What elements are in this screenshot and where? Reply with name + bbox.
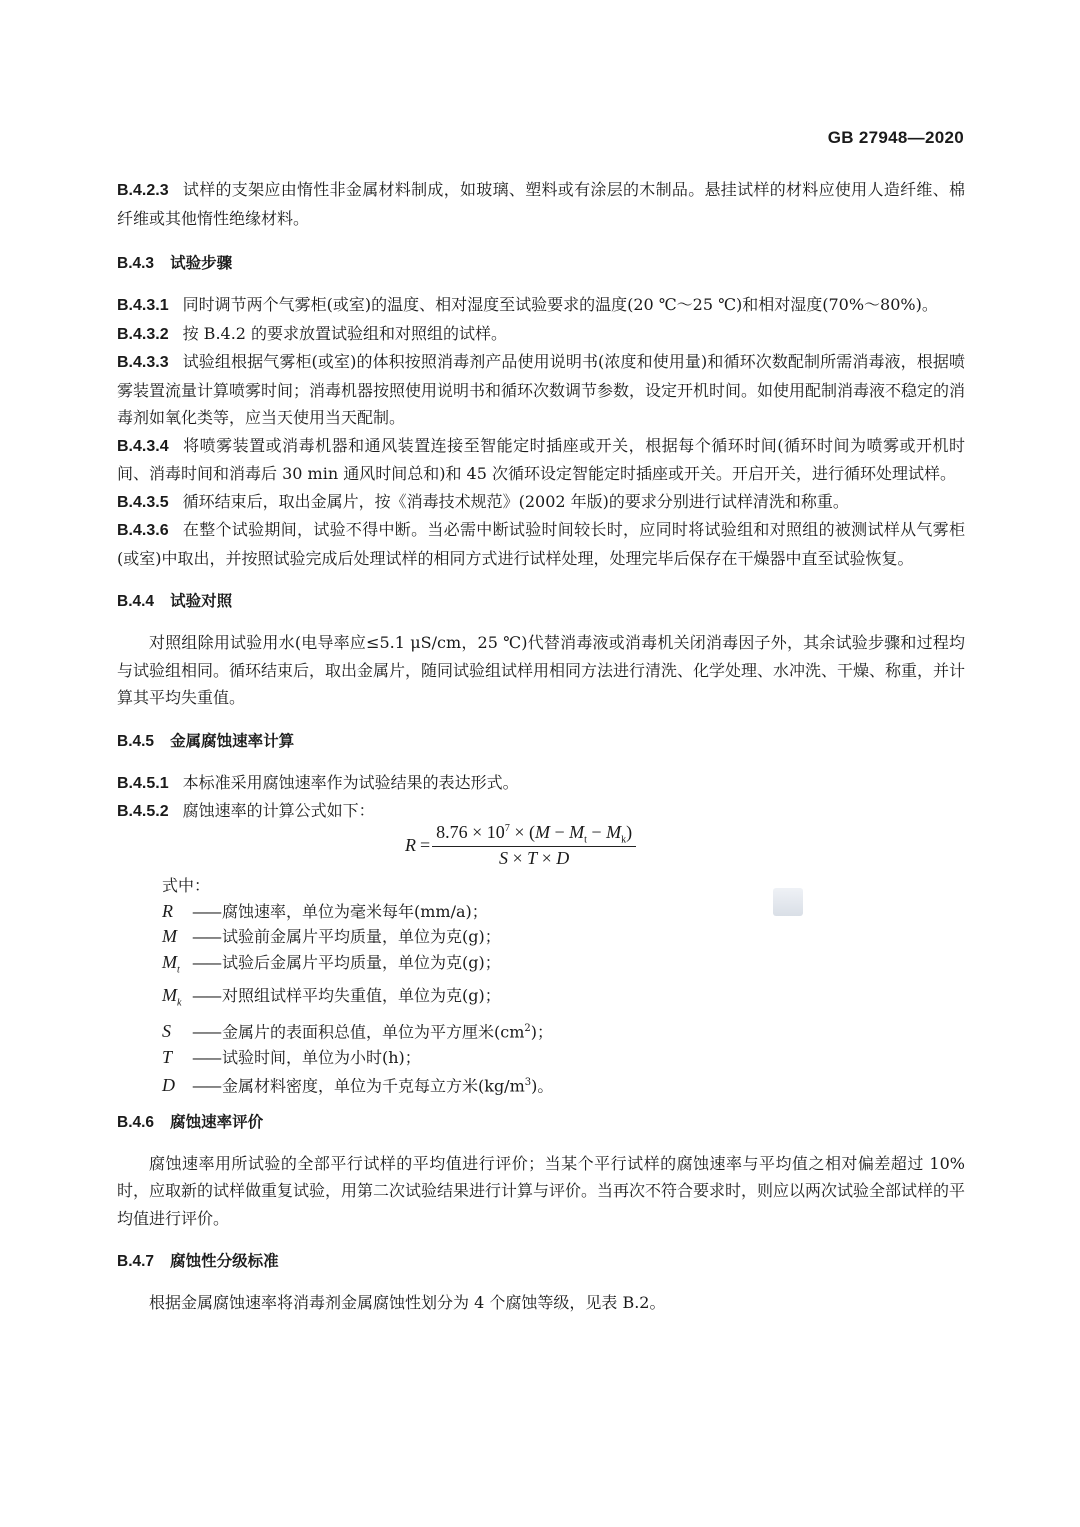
corrosion-rate-formula: R = 8.76 × 107 × (M − Mt − Mk) S × T × D [405, 822, 965, 870]
clause-b435: B.4.3.5循环结束后，取出金属片，按《消毒技术规范》(2002 年版)的要求… [117, 488, 965, 517]
clause-b47-body: 根据金属腐蚀速率将消毒剂金属腐蚀性划分为 4 个腐蚀等级，见表 B.2。 [117, 1289, 965, 1317]
heading-b44: B.4.4试验对照 [117, 588, 965, 615]
formula-denominator: S × T × D [499, 847, 569, 869]
document-page: GB 27948—2020 B.4.2.3试样的支架应由惰性非金属材料制成，如玻… [0, 0, 1080, 1527]
clause-b44-body: 对照组除用试验用水(电导率应≤5.1 μS/cm，25 ℃)代替消毒液或消毒机关… [117, 629, 965, 712]
clause-b46-body: 腐蚀速率用所试验的全部平行试样的平均值进行评价；当某个平行试样的腐蚀速率与平均值… [117, 1150, 965, 1233]
heading-b43: B.4.3试验步骤 [117, 250, 965, 277]
clause-b423: B.4.2.3试样的支架应由惰性非金属材料制成，如玻璃、塑料或有涂层的木制品。悬… [117, 176, 965, 232]
legend-item-R: R——腐蚀速率，单位为毫米每年(mm/a)； [162, 899, 965, 925]
clause-b434: B.4.3.4将喷雾装置或消毒机器和通风装置连接至智能定时插座或开关，根据每个循… [117, 432, 965, 488]
legend-item-T: T——试验时间，单位为小时(h)； [162, 1045, 965, 1071]
formula-fraction: 8.76 × 107 × (M − Mt − Mk) S × T × D [432, 822, 636, 870]
legend-label: 式中： [162, 873, 965, 899]
legend-item-Mk: Mk——对照组试样平均失重值，单位为克(g)； [162, 983, 965, 1016]
formula-legend: 式中： R——腐蚀速率，单位为毫米每年(mm/a)； M——试验前金属片平均质量… [162, 873, 965, 1099]
legend-item-Mt: Mt——试验后金属片平均质量，单位为克(g)； [162, 950, 965, 983]
clause-b436: B.4.3.6在整个试验期间，试验不得中断。当必需中断试验时间较长时，应同时将试… [117, 516, 965, 572]
legend-item-M: M——试验前金属片平均质量，单位为克(g)； [162, 924, 965, 950]
clause-b433: B.4.3.3试验组根据气雾柜(或室)的体积按照消毒剂产品使用说明书(浓度和使用… [117, 348, 965, 432]
legend-item-S: S——金属片的表面积总值，单位为平方厘米(cm2)； [162, 1016, 965, 1045]
formula-numerator: 8.76 × 107 × (M − Mt − Mk) [432, 822, 636, 848]
clause-b432: B.4.3.2按 B.4.2 的要求放置试验组和对照组的试样。 [117, 320, 965, 349]
page-content: B.4.2.3试样的支架应由惰性非金属材料制成，如玻璃、塑料或有涂层的木制品。悬… [117, 176, 965, 1317]
standard-number: GB 27948—2020 [828, 128, 964, 148]
clause-b451: B.4.5.1本标准采用腐蚀速率作为试验结果的表达形式。 [117, 769, 965, 798]
clause-b431: B.4.3.1同时调节两个气雾柜(或室)的温度、相对湿度至试验要求的温度(20 … [117, 291, 965, 320]
legend-item-D: D——金属材料密度，单位为千克每立方米(kg/m3)。 [162, 1070, 965, 1099]
heading-b45: B.4.5金属腐蚀速率计算 [117, 728, 965, 755]
heading-b46: B.4.6腐蚀速率评价 [117, 1109, 965, 1136]
heading-b47: B.4.7腐蚀性分级标准 [117, 1248, 965, 1275]
